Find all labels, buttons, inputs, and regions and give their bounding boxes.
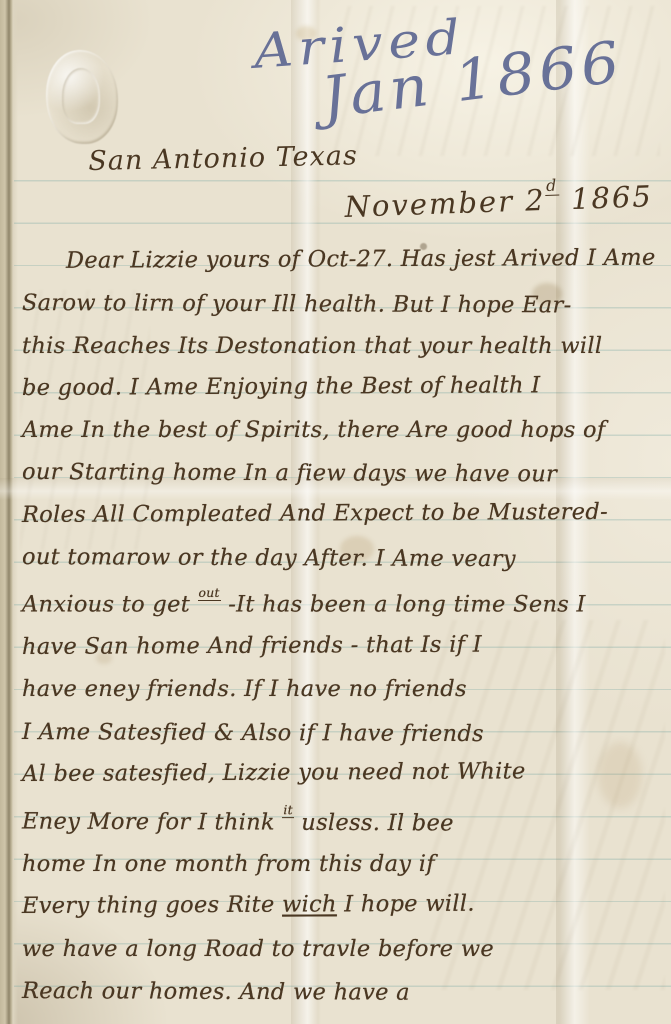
letter-line: we have a long Road to travle before we — [22, 928, 662, 970]
letter-line: have San home And friends - that Is if I — [22, 623, 662, 669]
letter-line: home In one month from this day if — [22, 843, 662, 885]
letter-body: Dear Lizzie yours of Oct-27. Has jest Ar… — [22, 240, 662, 1012]
letter-line: Anxious to get out -It has been a long t… — [22, 578, 662, 626]
letter-line: our Starting home In a fiew days we have… — [22, 451, 662, 496]
letter-line: I Ame Satesfied & Also if I have friends — [22, 711, 662, 756]
letter-line: Roles All Compleated And Expect to be Mu… — [22, 490, 662, 536]
letter-line: Eney More for I think it usless. Il bee — [22, 795, 662, 846]
letter-line: be good. I Ame Enjoying the Best of heal… — [22, 364, 662, 410]
letter-line: have eney friends. If I have no friends — [22, 668, 662, 710]
embossed-seal — [46, 50, 118, 144]
letter-line: Dear Lizzie yours of Oct-27. Has jest Ar… — [22, 237, 662, 283]
letter-scan: Arived Jan 1866 San Antonio Texas Novemb… — [0, 0, 671, 1024]
letter-line: this Reaches Its Destonation that your h… — [22, 325, 662, 367]
letter-heading-place: San Antonio Texas — [88, 140, 358, 177]
letter-line: out tomarow or the day After. I Ame vear… — [22, 536, 662, 581]
letter-line: Every thing goes Rite wich I hope will. — [22, 882, 662, 928]
letter-line: Sarow to lirn of your Ill health. But I … — [22, 282, 662, 327]
letter-line: Al bee satesfied, Lizzie you need not Wh… — [22, 750, 662, 796]
letter-line: Ame In the best of Spirits, there Are go… — [22, 409, 662, 451]
letter-line: Reach our homes. And we have a — [22, 970, 662, 1015]
